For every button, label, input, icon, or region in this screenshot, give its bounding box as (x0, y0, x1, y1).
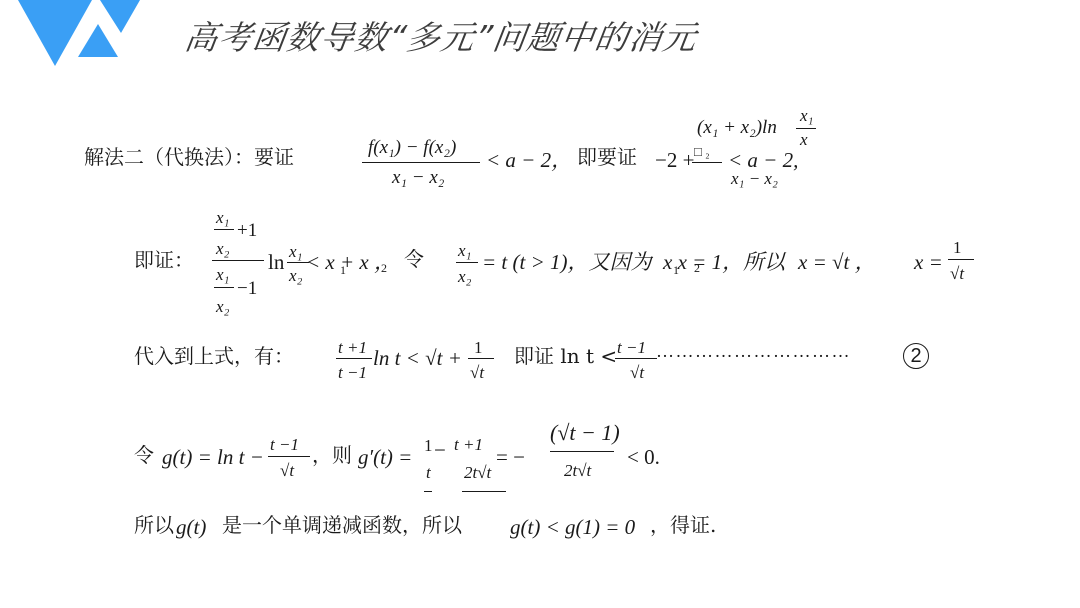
line2-ln-den: x₂ (289, 267, 302, 284)
line1-top-frac-num: x₁ (800, 107, 813, 124)
line3-g-den: √t (630, 364, 644, 381)
line3-r-num: 1 (474, 339, 483, 356)
line4-b-bar (462, 491, 506, 492)
line4-eq: = − (496, 447, 525, 468)
line2-label: 即证： (134, 250, 194, 270)
line4-c-num: (√t − 1) (550, 422, 620, 444)
line2-big-num-b: +1 (237, 221, 257, 240)
line2-big-den-a: x₁ (216, 266, 229, 283)
line5-text2: 是一个单调递减函数，所以 (222, 515, 462, 535)
line2-product: x x = 1，所以 (663, 252, 785, 273)
line2-big-num-c: x₂ (216, 240, 229, 257)
line5-text3: ，得证. (650, 515, 716, 535)
line1-main-frac-bar (692, 162, 722, 163)
line2-big-num-a: x₁ (216, 209, 229, 226)
line2-ln-num: x₁ (289, 243, 302, 260)
logo-small-triangle (100, 0, 140, 33)
line4-g-def: g(t) = ln t − (162, 447, 264, 468)
logo-up-triangle (78, 24, 118, 57)
line4-end: < 0. (627, 447, 660, 468)
line4-g-num: t −1 (270, 436, 299, 453)
line2-x2-den: √t (950, 265, 964, 282)
line2-x2-eq: x = (914, 252, 943, 273)
line2-t-eq: = t (t > 1)，又因为 (482, 252, 652, 273)
line1-mid: 即要证 (577, 147, 637, 167)
line1-label: 解法二（代换法）：要证 (84, 147, 294, 167)
line1-frac-den: x₁ − x₂ (392, 168, 444, 187)
line3-f-den: t −1 (338, 364, 367, 381)
line1-ineq: < a − 2， (486, 150, 572, 171)
line5-g: g(t) (176, 517, 206, 538)
line2-rhs-sub1: 1 (340, 264, 346, 276)
line1-top-expr: (x₁ + x₂)ln (697, 118, 777, 137)
line3-label: 代入到上式，有： (134, 346, 294, 366)
equation-marker-2: 2 (903, 343, 929, 369)
line5-ineq: g(t) < g(1) = 0 (510, 517, 635, 538)
line4-a-num: 1 (424, 437, 433, 454)
line4-c-bar (550, 451, 614, 452)
slide-title: 高考函数导数“多元”问题中的消元 (182, 12, 701, 59)
line2-prod-sub2: 2 (694, 262, 700, 274)
line3-f-num: t +1 (338, 339, 367, 356)
line2-t-den: x₂ (458, 268, 471, 285)
line2-x2-num: 1 (953, 239, 962, 256)
line3-dots: ………………………… (656, 342, 851, 360)
line2-big-den-b: −1 (237, 279, 257, 298)
line2-small-bar-1 (214, 229, 234, 230)
line2-rhs-sub2: 2 (381, 262, 387, 274)
line1-ineq2: < a − 2, (728, 150, 798, 171)
line2-x1-eq: x = √t ， (798, 252, 876, 273)
line5-text1: 所以 (134, 515, 174, 535)
line4-then: ，则 (312, 445, 352, 465)
line2-t-num: x₁ (458, 242, 471, 259)
line3-f-bar (336, 358, 372, 359)
line2-x2-bar (948, 259, 974, 260)
line2-big-frac-bar (212, 260, 264, 261)
line4-minus: − (434, 440, 446, 461)
circled-number: 2 (903, 343, 929, 369)
line4-b-den: 2t√t (464, 464, 491, 481)
line3-g-bar (615, 358, 657, 359)
line4-a-bar (424, 491, 432, 492)
line4-b-num: t +1 (454, 436, 483, 453)
line1-num-placeholder: □ ₂ (694, 145, 710, 158)
line3-r-den: √t (470, 364, 484, 381)
line2-prod-sub1: 1 (673, 264, 679, 276)
line2-ln: ln (268, 252, 284, 273)
line1-minus2: −2 + (655, 150, 694, 171)
line3-then: 即证 ln t < (514, 346, 617, 366)
line2-t-bar (456, 262, 478, 263)
line3-r-bar (468, 358, 494, 359)
line1-top-frac-bar (796, 128, 816, 129)
line4-gp: g′(t) = (358, 447, 412, 468)
line3-mid: ln t < √t + (373, 348, 462, 369)
line4-label: 令 (134, 445, 154, 465)
triangles-logo (0, 0, 160, 75)
line4-g-bar (268, 456, 310, 457)
line4-a-den: t (426, 464, 431, 481)
line2-small-bar-2 (214, 287, 234, 288)
line1-frac-bar (362, 162, 480, 163)
line1-frac-num: f(x₁) − f(x₂) (368, 138, 456, 157)
line4-g-den: √t (280, 462, 294, 479)
line2-big-den-c: x₂ (216, 298, 229, 315)
line3-g-num: t −1 (617, 339, 646, 356)
line1-top-frac-den: x (800, 131, 808, 148)
line2-ling: 令 (404, 249, 424, 269)
line1-den: x₁ − x₂ (731, 170, 778, 187)
line4-c-den: 2t√t (564, 462, 591, 479)
